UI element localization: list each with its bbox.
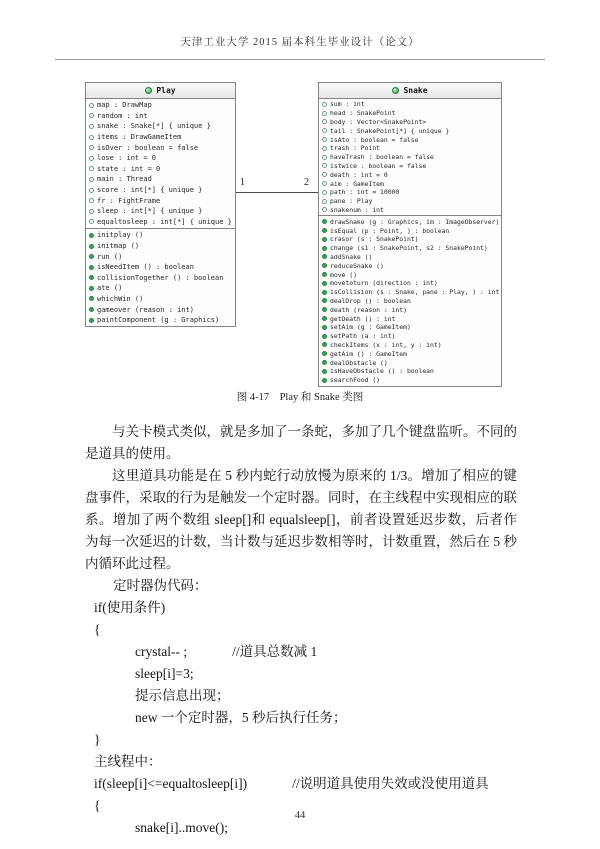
uml-member-row: lose : int = 0	[86, 153, 235, 164]
public-attribute-icon	[322, 155, 327, 160]
uml-member-row: sum : int	[319, 100, 501, 109]
public-method-icon	[322, 342, 327, 347]
uml-member-row: score : int[*] { unique }	[86, 185, 235, 196]
code-line: 主线程中：	[85, 751, 517, 773]
code-line: crystal-- ;//道具总数减 1	[85, 641, 517, 663]
uml-class-snake: Snake sum : inthead : SnakePointbody : V…	[318, 82, 502, 387]
public-method-icon	[322, 334, 327, 339]
public-method-icon	[89, 296, 94, 301]
code-text: new 一个定时器，5 秒后执行任务；	[135, 710, 347, 725]
uml-member-row: searchFood ()	[319, 376, 501, 385]
header-divider	[55, 59, 545, 60]
uml-member-row: snakenum : int	[319, 206, 501, 215]
uml-member-row: drawSnake (g : Graphics, im : ImageObser…	[319, 217, 501, 226]
uml-member-text: isAto : boolean = false	[330, 136, 419, 144]
uml-member-text: pane : Play	[330, 197, 372, 205]
methods-section: initplay ()initmap ()run ()isNeedItem ()…	[86, 229, 235, 326]
public-method-icon	[322, 298, 327, 303]
uml-member-row: ate ()	[86, 283, 235, 294]
public-attribute-icon	[89, 219, 94, 224]
class-name: Play	[156, 86, 175, 95]
uml-member-text: searchFood ()	[330, 376, 380, 384]
uml-member-row: path : int = 10000	[319, 188, 501, 197]
uml-member-text: isNeedItem () : boolean	[97, 263, 194, 271]
public-attribute-icon	[322, 207, 327, 212]
uml-member-row: gameover (reason : int)	[86, 304, 235, 315]
public-attribute-icon	[322, 137, 327, 142]
uml-member-text: state : int = 0	[97, 165, 160, 173]
code-text: crystal-- ;	[135, 644, 187, 659]
code-text: snake[i]..move();	[135, 820, 228, 835]
uml-member-row: isCollision (s : Snake, pane : Play, ) :…	[319, 288, 501, 297]
paragraph: 与关卡模式类似，就是多加了一条蛇，多加了几个键盘监听。不同的是道具的使用。	[85, 421, 517, 465]
code-text: 提示信息出现；	[135, 688, 230, 703]
uml-member-row: aim : GameItem	[319, 179, 501, 188]
uml-member-text: initplay ()	[97, 231, 143, 239]
public-method-icon	[322, 272, 327, 277]
uml-member-text: head : SnakePoint	[330, 109, 395, 117]
running-header: 天津工业大学 2015 届本科生毕业设计（论文）	[0, 34, 600, 49]
uml-member-row: isOver : boolean = false	[86, 142, 235, 153]
uml-member-row: haveTrash : boolean = false	[319, 153, 501, 162]
public-attribute-icon	[322, 111, 327, 116]
document-page: 天津工业大学 2015 届本科生毕业设计（论文） Play map : Draw…	[0, 0, 600, 849]
code-line: 提示信息出现；	[85, 685, 517, 707]
public-method-icon	[89, 254, 94, 259]
uml-member-text: drawSnake (g : Graphics, im : ImageObser…	[330, 218, 499, 226]
uml-member-row: movetoturn (direction : int)	[319, 279, 501, 288]
code-line: }	[85, 729, 517, 751]
uml-member-text: score : int[*] { unique }	[97, 186, 202, 194]
public-method-icon	[322, 316, 327, 321]
methods-section: drawSnake (g : Graphics, im : ImageObser…	[319, 216, 501, 385]
uml-member-text: reduceSnake ()	[330, 262, 384, 270]
public-attribute-icon	[89, 198, 94, 203]
code-line: if(sleep[i]<=equaltosleep[i])//说明道具使用失效或…	[85, 773, 517, 795]
uml-member-row: reduceSnake ()	[319, 261, 501, 270]
code-text: if(使用条件)	[94, 600, 165, 615]
uml-class-header: Play	[86, 83, 235, 99]
public-method-icon	[322, 246, 327, 251]
uml-member-text: dealObstacle ()	[330, 359, 388, 367]
public-attribute-icon	[89, 177, 94, 182]
uml-member-text: death (reason : int)	[330, 306, 407, 314]
code-line: new 一个定时器，5 秒后执行任务；	[85, 707, 517, 729]
uml-member-text: paintComponent (g : Graphics)	[97, 316, 219, 324]
public-attribute-icon	[89, 135, 94, 140]
code-text: if(sleep[i]<=equaltosleep[i])	[94, 776, 247, 791]
uml-member-row: death (reason : int)	[319, 305, 501, 314]
uml-member-row: dealObstacle ()	[319, 358, 501, 367]
uml-member-text: setAim (g : GameItem)	[330, 323, 411, 331]
code-text: 主线程中：	[94, 754, 162, 769]
uml-member-row: setPath (a : int)	[319, 332, 501, 341]
uml-member-text: main : Thread	[97, 175, 152, 183]
uml-member-text: death : int = 0	[330, 171, 388, 179]
uml-member-row: setAim (g : GameItem)	[319, 323, 501, 332]
uml-member-row: state : int = 0	[86, 164, 235, 175]
attributes-section: sum : inthead : SnakePointbody : Vector<…	[319, 99, 501, 216]
uml-member-text: getDeath () : int	[330, 315, 395, 323]
uml-member-row: equaltosleep : int[*] { unique }	[86, 217, 235, 228]
uml-member-text: getAim () : GameItem	[330, 350, 407, 358]
code-text: sleep[i]=3;	[135, 666, 194, 681]
public-method-icon	[89, 244, 94, 249]
uml-member-row: run ()	[86, 251, 235, 262]
uml-member-text: move ()	[330, 271, 357, 279]
public-attribute-icon	[89, 209, 94, 214]
uml-member-text: ate ()	[97, 284, 122, 292]
paragraphs: 与关卡模式类似，就是多加了一条蛇，多加了几个键盘监听。不同的是道具的使用。这里道…	[85, 421, 517, 575]
public-attribute-icon	[322, 199, 327, 204]
uml-member-text: haveTrash : boolean = false	[330, 153, 434, 161]
uml-member-text: snakenum : int	[330, 206, 384, 214]
association-multiplicity-left: 1	[240, 177, 245, 188]
uml-member-row: collisionTogether () : boolean	[86, 273, 235, 284]
code-text: {	[94, 622, 100, 637]
public-method-icon	[322, 254, 327, 259]
public-method-icon	[322, 281, 327, 286]
class-icon	[145, 87, 152, 94]
uml-member-row: initplay ()	[86, 230, 235, 241]
uml-member-text: gameover (reason : int)	[97, 306, 194, 314]
public-method-icon	[322, 307, 327, 312]
uml-member-text: dealDrop () : boolean	[330, 297, 411, 305]
uml-member-row: istwice : boolean = false	[319, 162, 501, 171]
uml-member-row: body : Vector<SnakePoint>	[319, 118, 501, 127]
uml-member-text: fr : FightFrame	[97, 197, 160, 205]
uml-member-text: change (s1 : SnakePoint, s2 : SnakePoint…	[330, 244, 488, 252]
public-method-icon	[322, 369, 327, 374]
uml-member-text: addSnake ()	[330, 253, 372, 261]
uml-member-text: snake : Snake[*] { unique }	[97, 122, 211, 130]
uml-member-text: lose : int = 0	[97, 154, 156, 162]
uml-member-row: isNeedItem () : boolean	[86, 262, 235, 273]
uml-member-row: move ()	[319, 270, 501, 279]
public-method-icon	[89, 318, 94, 323]
uml-member-text: sleep : int[*] { unique }	[97, 207, 202, 215]
uml-member-row: items : DrawGameItem	[86, 132, 235, 143]
public-attribute-icon	[322, 128, 327, 133]
code-comment: //说明道具使用失效或没使用道具	[292, 776, 489, 791]
uml-member-row: random : int	[86, 111, 235, 122]
uml-member-row: whichWin ()	[86, 294, 235, 305]
uml-member-text: trash : Point	[330, 144, 380, 152]
public-attribute-icon	[89, 113, 94, 118]
code-line: 定时器伪代码：	[85, 575, 517, 597]
uml-member-row: tail : SnakePoint[*] { unique }	[319, 126, 501, 135]
public-attribute-icon	[322, 172, 327, 177]
uml-member-text: whichWin ()	[97, 295, 143, 303]
uml-member-row: checkItems (x : int, y : int)	[319, 341, 501, 350]
uml-class-header: Snake	[319, 83, 501, 99]
code-comment: //道具总数减 1	[232, 644, 317, 659]
uml-member-row: snake : Snake[*] { unique }	[86, 121, 235, 132]
uml-member-row: paintComponent (g : Graphics)	[86, 315, 235, 326]
uml-member-text: aim : GameItem	[330, 180, 384, 188]
uml-member-text: collisionTogether () : boolean	[97, 274, 223, 282]
uml-member-text: checkItems (x : int, y : int)	[330, 341, 442, 349]
public-attribute-icon	[89, 145, 94, 150]
uml-member-row: pane : Play	[319, 197, 501, 206]
public-attribute-icon	[89, 188, 94, 193]
public-method-icon	[322, 219, 327, 224]
uml-member-row: addSnake ()	[319, 253, 501, 262]
class-icon	[392, 87, 399, 94]
code-lines: 定时器伪代码：if(使用条件){crystal-- ;//道具总数减 1slee…	[85, 575, 517, 839]
public-attribute-icon	[89, 124, 94, 129]
code-line: if(使用条件)	[85, 597, 517, 619]
public-attribute-icon	[322, 146, 327, 151]
public-attribute-icon	[322, 119, 327, 124]
uml-member-row: sleep : int[*] { unique }	[86, 206, 235, 217]
public-attribute-icon	[322, 163, 327, 168]
uml-member-row: map : DrawMap	[86, 100, 235, 111]
uml-member-row: head : SnakePoint	[319, 109, 501, 118]
public-method-icon	[89, 286, 94, 291]
uml-member-text: sum : int	[330, 100, 365, 108]
uml-member-text: body : Vector<SnakePoint>	[330, 118, 426, 126]
public-method-icon	[89, 307, 94, 312]
association-multiplicity-right: 2	[304, 177, 309, 188]
public-method-icon	[89, 233, 94, 238]
uml-member-row: dealDrop () : boolean	[319, 297, 501, 306]
uml-member-text: tail : SnakePoint[*] { unique }	[330, 127, 449, 135]
body-text: 与关卡模式类似，就是多加了一条蛇，多加了几个键盘监听。不同的是道具的使用。这里道…	[85, 421, 517, 839]
uml-member-text: isCollision (s : Snake, pane : Play, ) :…	[330, 288, 499, 296]
uml-member-text: path : int = 10000	[330, 188, 399, 196]
public-attribute-icon	[322, 190, 327, 195]
uml-class-play: Play map : DrawMaprandom : intsnake : Sn…	[85, 82, 236, 327]
uml-member-row: death : int = 0	[319, 170, 501, 179]
uml-member-text: items : DrawGameItem	[97, 133, 181, 141]
uml-member-row: isAto : boolean = false	[319, 135, 501, 144]
uml-member-row: getDeath () : int	[319, 314, 501, 323]
public-method-icon	[322, 351, 327, 356]
uml-member-text: equaltosleep : int[*] { unique }	[97, 218, 232, 226]
attributes-section: map : DrawMaprandom : intsnake : Snake[*…	[86, 99, 235, 229]
uml-member-row: crasor (s : SnakePoint)	[319, 235, 501, 244]
public-method-icon	[322, 378, 327, 383]
uml-member-row: isEqual (p : Point, ) : boolean	[319, 226, 501, 235]
public-method-icon	[322, 263, 327, 268]
public-method-icon	[322, 325, 327, 330]
public-attribute-icon	[89, 166, 94, 171]
uml-member-row: initmap ()	[86, 241, 235, 252]
uml-member-text: crasor (s : SnakePoint)	[330, 235, 419, 243]
public-method-icon	[322, 290, 327, 295]
uml-member-text: initmap ()	[97, 242, 139, 250]
uml-member-row: main : Thread	[86, 174, 235, 185]
uml-member-text: movetoturn (direction : int)	[330, 279, 438, 287]
uml-member-text: run ()	[97, 253, 122, 261]
public-attribute-icon	[89, 103, 94, 108]
uml-member-text: random : int	[97, 112, 148, 120]
code-text: }	[94, 732, 100, 747]
public-method-icon	[322, 360, 327, 365]
public-method-icon	[89, 275, 94, 280]
association-line	[236, 192, 318, 193]
public-attribute-icon	[89, 156, 94, 161]
code-line: sleep[i]=3;	[85, 663, 517, 685]
paragraph: 这里道具功能是在 5 秒内蛇行动放慢为原来的 1/3。增加了相应的键盘事件，采取…	[85, 465, 517, 575]
uml-member-text: isOver : boolean = false	[97, 144, 198, 152]
uml-member-row: fr : FightFrame	[86, 195, 235, 206]
public-method-icon	[89, 265, 94, 270]
class-name: Snake	[403, 86, 427, 95]
uml-member-text: isEqual (p : Point, ) : boolean	[330, 227, 449, 235]
public-method-icon	[322, 228, 327, 233]
uml-member-text: map : DrawMap	[97, 101, 152, 109]
figure-caption: 图 4-17 Play 和 Snake 类图	[0, 389, 600, 404]
uml-member-text: isHaveObstacle () : boolean	[330, 367, 434, 375]
uml-member-row: getAim () : GameItem	[319, 349, 501, 358]
public-attribute-icon	[322, 102, 327, 107]
public-attribute-icon	[322, 181, 327, 186]
code-line: {	[85, 619, 517, 641]
uml-member-text: istwice : boolean = false	[330, 162, 426, 170]
code-text: 定时器伪代码：	[113, 578, 208, 593]
uml-member-row: isHaveObstacle () : boolean	[319, 367, 501, 376]
uml-member-text: setPath (a : int)	[330, 332, 395, 340]
public-method-icon	[322, 237, 327, 242]
uml-member-row: change (s1 : SnakePoint, s2 : SnakePoint…	[319, 244, 501, 253]
uml-member-row: trash : Point	[319, 144, 501, 153]
page-number: 44	[0, 810, 600, 821]
